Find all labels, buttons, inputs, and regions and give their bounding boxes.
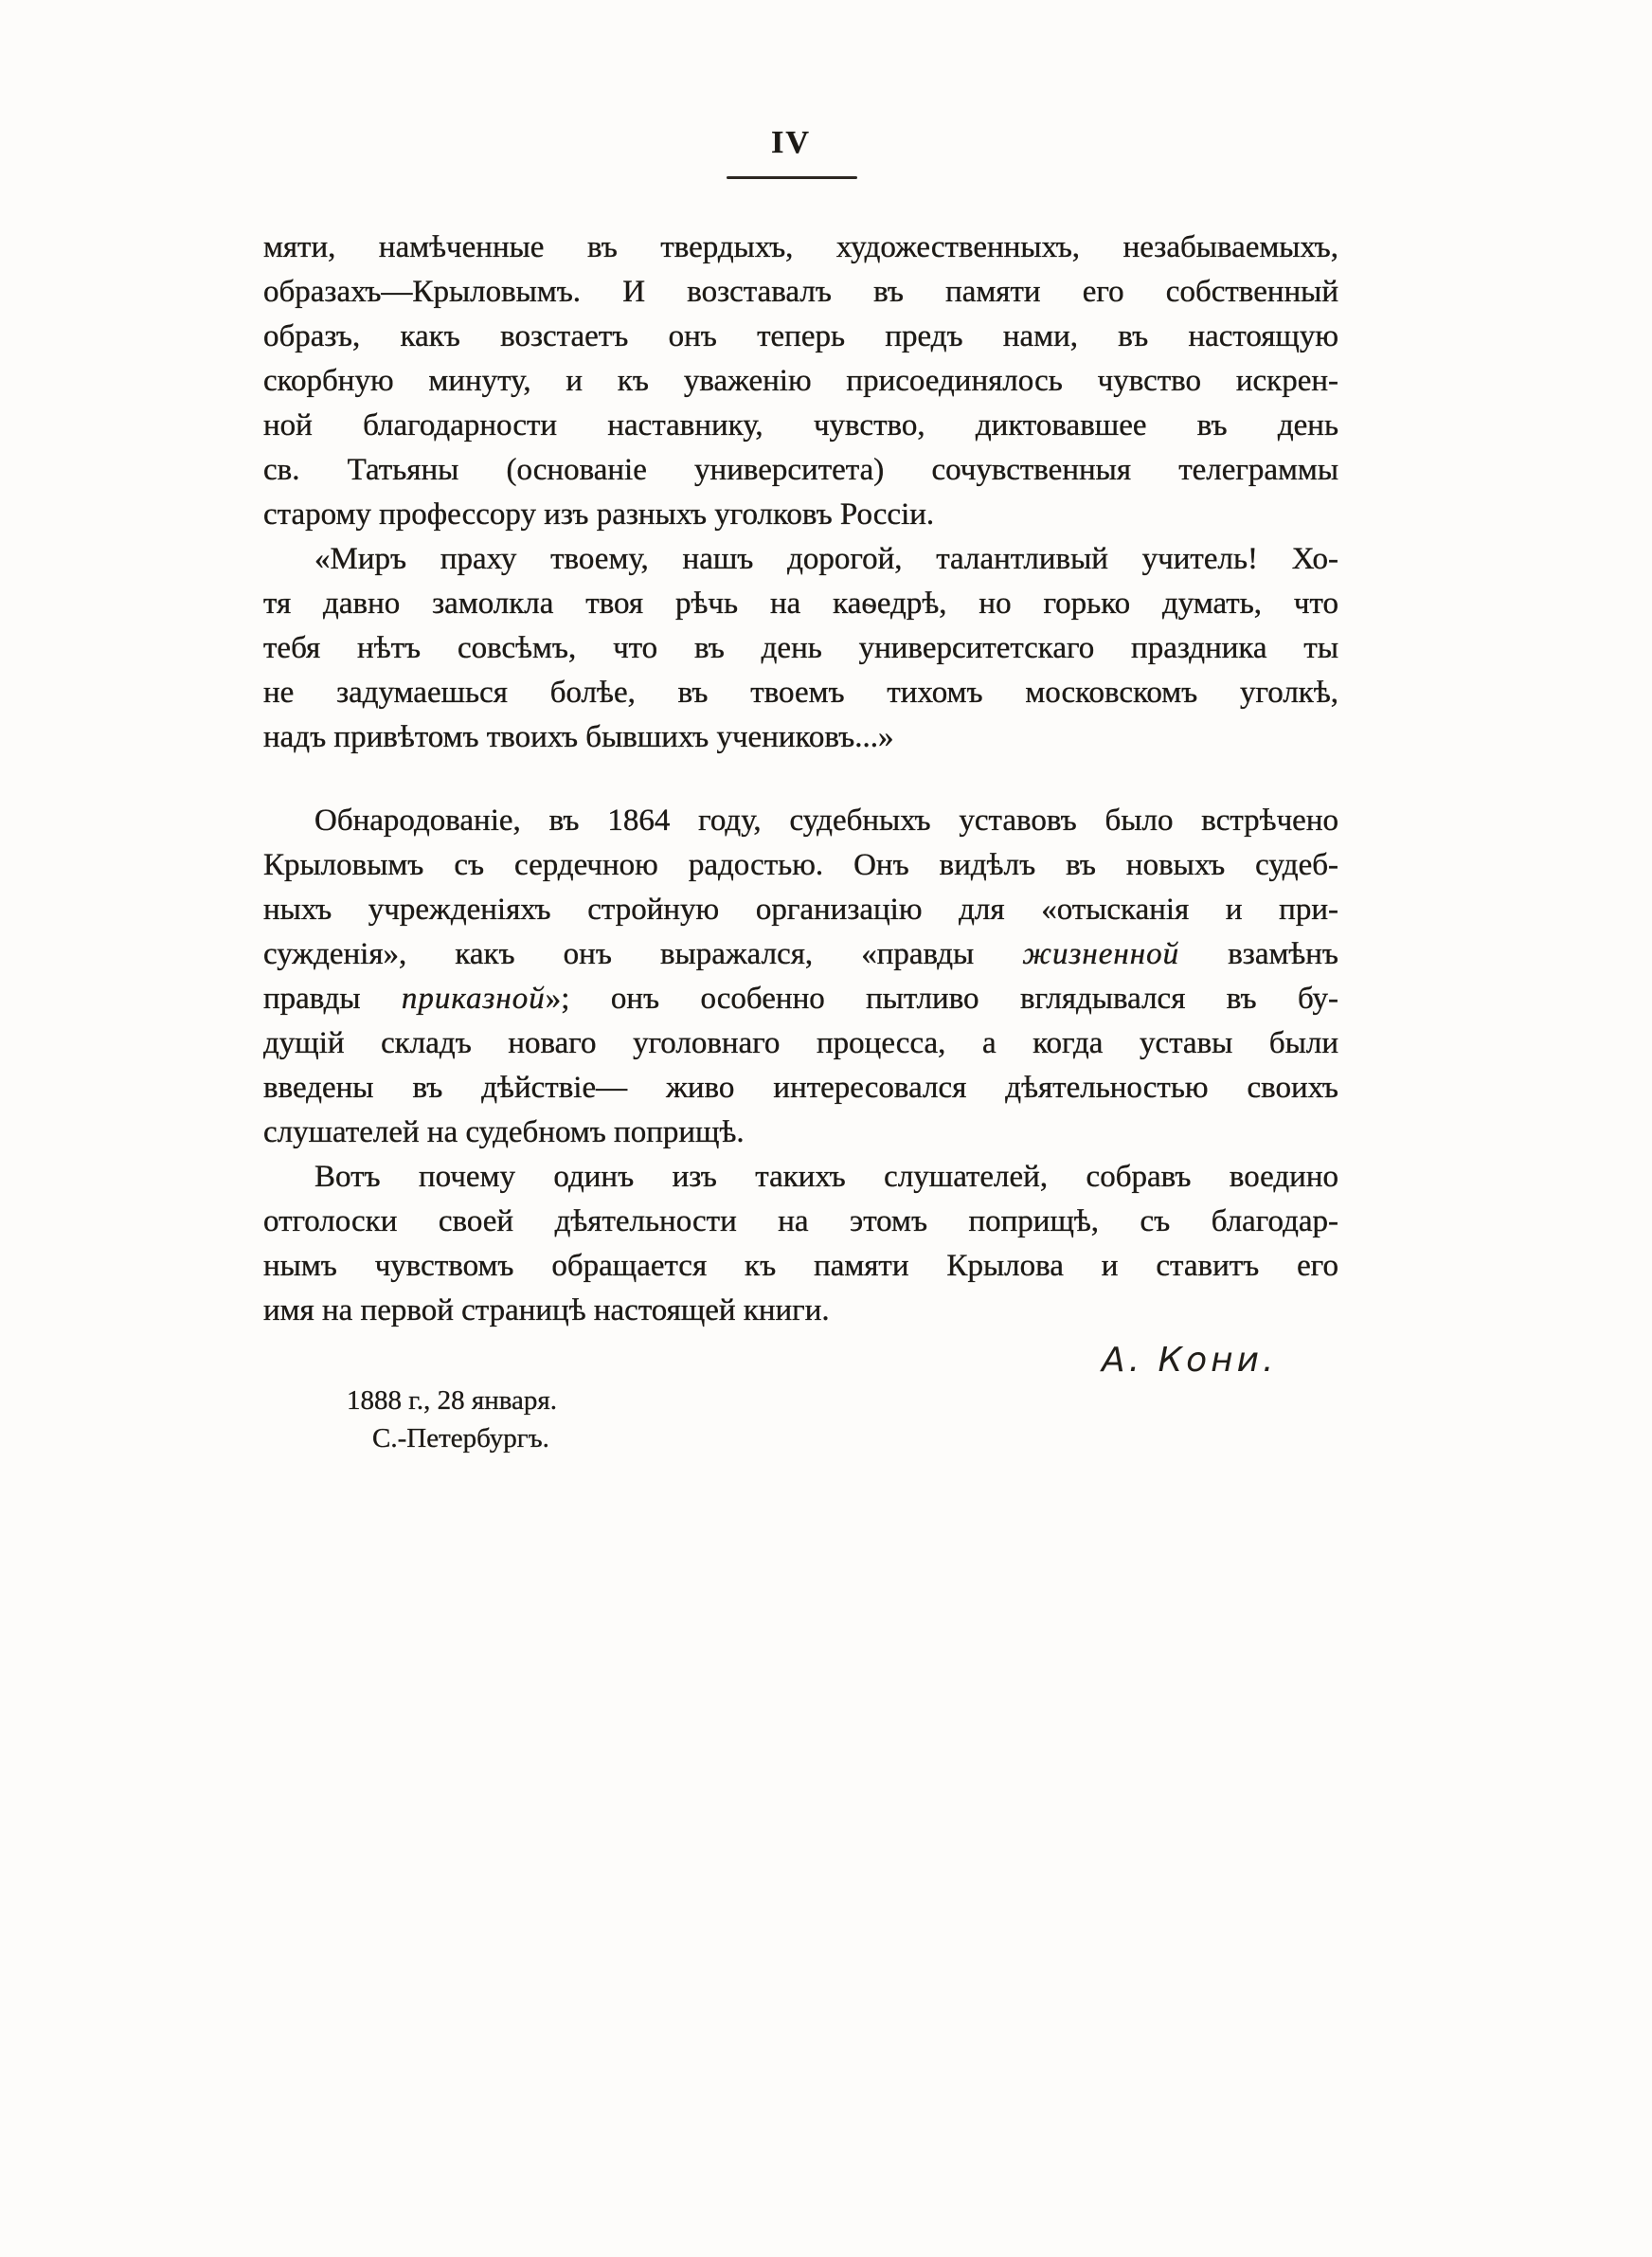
text-line: слушателей на судебномъ поприщѣ. [263,1110,1338,1155]
text-line: имя на первой страницѣ настоящей книги. [263,1289,1338,1333]
text-segment: Крыловымъ съ сердечною радостью. Онъ вид… [263,848,1338,882]
paragraph: Вотъ почему одинъ изъ такихъ слушателей,… [263,1155,1338,1333]
text-segment: мяти, намѣченные въ твердыхъ, художестве… [263,230,1338,264]
text-segment: Вотъ почему одинъ изъ такихъ слушателей,… [314,1160,1338,1194]
text-segment: ныхъ учрежденіяхъ стройную организацію д… [263,893,1338,927]
page-number: IV [720,123,862,163]
text-segment: надъ привѣтомъ твоихъ бывшихъ учениковъ.… [263,720,893,754]
text-block: мяти, намѣченные въ твердыхъ, художестве… [263,226,1338,1333]
text-segment: тя давно замолкла твоя рѣчь на каѳедрѣ, … [263,587,1338,621]
text-segment: имя на первой страницѣ настоящей книги. [263,1293,830,1327]
signature: А. Кони. [1102,1338,1277,1382]
text-segment: скорбную минуту, и къ уваженію присоедин… [263,364,1338,398]
text-line: Крыловымъ съ сердечною радостью. Онъ вид… [263,843,1338,888]
text-line: образъ, какъ возстаетъ онъ теперь предъ … [263,315,1338,359]
italic-text: приказной [402,982,546,1016]
text-line: ной благодарности наставнику, чувство, д… [263,404,1338,448]
dateline-place: С.-Петербургъ. [347,1419,557,1457]
text-segment: «Миръ праху твоему, нашъ дорогой, талант… [314,542,1338,576]
text-line: тебя нѣтъ совсѣмъ, что въ день университ… [263,626,1338,671]
text-segment: тебя нѣтъ совсѣмъ, что въ день университ… [263,631,1338,665]
text-line: введены въ дѣйствіе— живо интересовался … [263,1066,1338,1110]
text-line: Вотъ почему одинъ изъ такихъ слушателей,… [263,1155,1338,1200]
text-line: нымъ чувствомъ обращается къ памяти Крыл… [263,1244,1338,1289]
text-segment: правды [263,982,402,1016]
text-segment: нымъ чувствомъ обращается къ памяти Крыл… [263,1249,1338,1283]
header-rule [727,176,857,179]
text-line: отголоски своей дѣятельности на этомъ по… [263,1200,1338,1244]
text-segment: дущій складъ новаго уголовнаго процесса,… [263,1026,1338,1060]
text-segment: »; онъ особенно пытливо вглядывался въ б… [546,982,1338,1016]
text-segment: ной благодарности наставнику, чувство, д… [263,408,1338,442]
text-line: старому профессору изъ разныхъ уголковъ … [263,493,1338,537]
dateline: 1888 г., 28 января. С.-Петербургъ. [347,1381,557,1457]
paragraph: Обнародованіе, въ 1864 году, судебныхъ у… [263,799,1338,1155]
text-segment: взамѣнъ [1179,937,1338,971]
text-line: дущій складъ новаго уголовнаго процесса,… [263,1021,1338,1066]
dateline-date: 1888 г., 28 января. [347,1381,557,1419]
text-line: надъ привѣтомъ твоихъ бывшихъ учениковъ.… [263,715,1338,760]
text-line: св. Татьяны (основаніе университета) соч… [263,448,1338,493]
text-segment: слушателей на судебномъ поприщѣ. [263,1115,745,1149]
text-segment: образахъ—Крыловымъ. И возставалъ въ памя… [263,275,1338,309]
text-line: сужденія», какъ онъ выражался, «правды ж… [263,932,1338,977]
text-segment: старому профессору изъ разныхъ уголковъ … [263,497,934,532]
text-segment: сужденія», какъ онъ выражался, «правды [263,937,1022,971]
text-line: скорбную минуту, и къ уваженію присоедин… [263,359,1338,404]
text-line: Обнародованіе, въ 1864 году, судебныхъ у… [263,799,1338,843]
paragraph: «Миръ праху твоему, нашъ дорогой, талант… [263,537,1338,760]
italic-text: жизненной [1022,937,1179,971]
text-line: правды приказной»; онъ особенно пытливо … [263,977,1338,1021]
text-segment: отголоски своей дѣятельности на этомъ по… [263,1204,1338,1238]
text-segment: не задумаешься болѣе, въ твоемъ тихомъ м… [263,676,1338,710]
text-line: «Миръ праху твоему, нашъ дорогой, талант… [263,537,1338,582]
text-segment: Обнародованіе, въ 1864 году, судебныхъ у… [314,803,1338,838]
text-segment: образъ, какъ возстаетъ онъ теперь предъ … [263,319,1338,353]
text-line: образахъ—Крыловымъ. И возставалъ въ памя… [263,270,1338,315]
text-line: мяти, намѣченные въ твердыхъ, художестве… [263,226,1338,270]
text-segment: св. Татьяны (основаніе университета) соч… [263,453,1338,487]
text-line: ныхъ учрежденіяхъ стройную организацію д… [263,888,1338,932]
paragraph: мяти, намѣченные въ твердыхъ, художестве… [263,226,1338,537]
text-line: тя давно замолкла твоя рѣчь на каѳедрѣ, … [263,582,1338,626]
book-page: IV мяти, намѣченные въ твердыхъ, художес… [0,0,1652,2257]
text-segment: введены въ дѣйствіе— живо интересовался … [263,1071,1338,1105]
text-line: не задумаешься болѣе, въ твоемъ тихомъ м… [263,671,1338,715]
